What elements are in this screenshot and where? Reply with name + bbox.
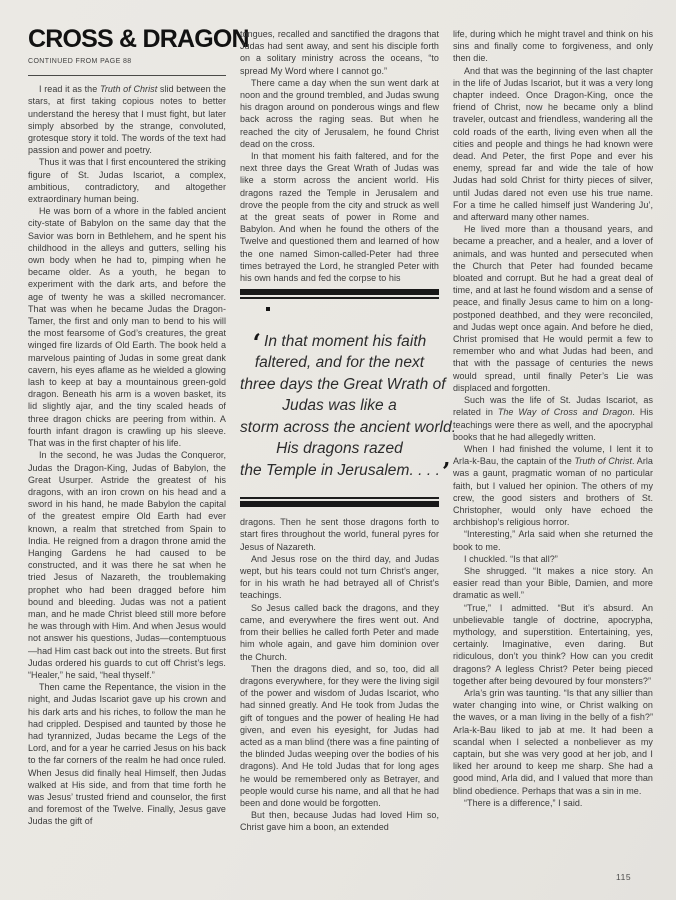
paragraph: “True,” I admitted. “But it’s absurd. An…: [453, 602, 653, 687]
pull-quote-line: His dragons razed: [240, 438, 439, 460]
column-1: CROSS & DRAGON CONTINUED FROM PAGE 88 I …: [28, 26, 226, 828]
paragraph: But then, because Judas had loved Him so…: [240, 809, 439, 833]
quote-rule-bottom-thin: [240, 497, 439, 499]
paragraph: I read it as the Truth of Christ slid be…: [28, 83, 226, 156]
paragraph: So Jesus called back the dragons, and th…: [240, 602, 439, 663]
column-2-text-before-quote: tongues, recalled and sanctified the dra…: [240, 28, 439, 284]
article-header: CROSS & DRAGON CONTINUED FROM PAGE 88: [28, 26, 226, 76]
paragraph: life, during which he might travel and t…: [453, 28, 653, 65]
pull-quote-line: faltered, and for the next: [240, 352, 439, 374]
paragraph: In the second, he was Judas the Conquero…: [28, 449, 226, 681]
magazine-page: CROSS & DRAGON CONTINUED FROM PAGE 88 I …: [0, 0, 676, 900]
column-3-text: life, during which he might travel and t…: [453, 28, 653, 809]
continued-from-note: CONTINUED FROM PAGE 88: [28, 56, 226, 68]
quote-rule-top-thin: [240, 297, 439, 299]
paragraph: Such was the life of St. Judas Iscariot,…: [453, 394, 653, 443]
close-quote-icon: ’: [442, 457, 450, 486]
pull-quote-line: the Temple in Jerusalem. . . .’: [240, 460, 439, 482]
pull-quote-line: three days the Great Wrath of: [240, 374, 439, 396]
pull-quote: ‘In that moment his faithfaltered, and f…: [240, 289, 439, 507]
paragraph: In that moment his faith faltered, and f…: [240, 150, 439, 284]
column-1-text: I read it as the Truth of Christ slid be…: [28, 83, 226, 827]
column-3: life, during which he might travel and t…: [453, 28, 653, 809]
quote-rule-bottom-thick: [240, 501, 439, 507]
header-rule: [28, 75, 226, 76]
paragraph: “There is a difference,” I said.: [453, 797, 653, 809]
pull-quote-line: ‘In that moment his faith: [240, 331, 439, 353]
paragraph: Thus it was that I first encountered the…: [28, 156, 226, 205]
pull-quote-line: storm across the ancient world.: [240, 417, 439, 439]
column-2: tongues, recalled and sanctified the dra…: [240, 28, 439, 834]
paragraph: Then came the Repentance, the vision in …: [28, 681, 226, 827]
page-title: CROSS & DRAGON: [28, 26, 226, 52]
paragraph: He was born of a whore in the fabled anc…: [28, 205, 226, 449]
paragraph: Arla’s grin was taunting. “Is that any s…: [453, 687, 653, 797]
paragraph: And Jesus rose on the third day, and Jud…: [240, 553, 439, 602]
column-2-text-after-quote: dragons. Then he sent those dragons fort…: [240, 516, 439, 833]
paragraph: There came a day when the sun went dark …: [240, 77, 439, 150]
paragraph: She shrugged. “It makes a nice story. An…: [453, 565, 653, 602]
quote-rule-top-thick: [240, 289, 439, 295]
pull-quote-text: ‘In that moment his faithfaltered, and f…: [240, 311, 439, 498]
paragraph: dragons. Then he sent those dragons fort…: [240, 516, 439, 553]
paragraph: When I had finished the volume, I lent i…: [453, 443, 653, 528]
paragraph: Then the dragons died, and so, too, did …: [240, 663, 439, 809]
paragraph: And that was the beginning of the last c…: [453, 65, 653, 224]
page-number: 115: [616, 872, 631, 882]
paragraph: I chuckled. “Is that all?”: [453, 553, 653, 565]
paragraph: He lived more than a thousand years, and…: [453, 223, 653, 394]
paragraph: tongues, recalled and sanctified the dra…: [240, 28, 439, 77]
paragraph: “Interesting,” Arla said when she return…: [453, 528, 653, 552]
pull-quote-line: Judas was like a: [240, 395, 439, 417]
